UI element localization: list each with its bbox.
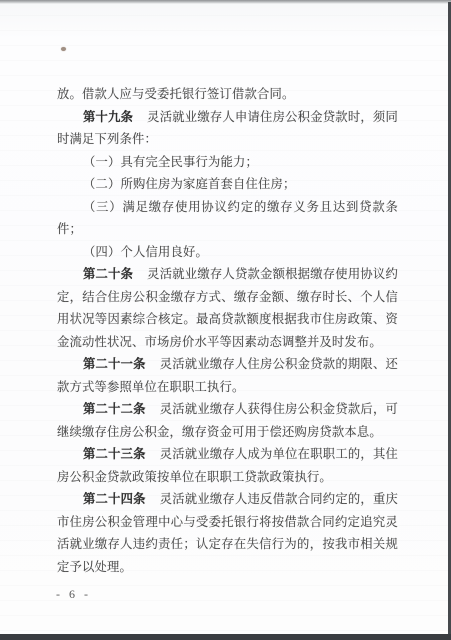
article-22-paragraph: 第二十二条灵活就业缴存人获得住房公积金贷款后，可继续缴存住房公积金，缴存资金可用… — [57, 398, 398, 443]
paragraph-text: （三）满足缴存使用协议约定的缴存义务且达到贷款条件； — [57, 200, 398, 237]
article-19-number: 第十九条 — [83, 110, 133, 124]
condition-item-3: （三）满足缴存使用协议约定的缴存义务且达到贷款条件； — [57, 196, 398, 241]
article-19-paragraph: 第十九条灵活就业缴存人申请住房公积金贷款时，须同时满足下列条件： — [57, 106, 398, 151]
article-24-paragraph: 第二十四条灵活就业缴存人违反借款合同约定的，重庆市住房公积金管理中心与受委托银行… — [57, 488, 398, 578]
article-23-number: 第二十三条 — [83, 447, 146, 461]
article-20-paragraph: 第二十条灵活就业缴存人贷款金额根据缴存使用协议约定，结合住房公积金缴存方式、缴存… — [57, 263, 398, 353]
paragraph-text: （四）个人信用良好。 — [83, 245, 208, 259]
page-number: - 6 - — [56, 587, 91, 602]
paragraph-text: （一）具有完全民事行为能力； — [83, 155, 258, 169]
scanned-document-page: 放。借款人应与受委托银行签订借款合同。 第十九条灵活就业缴存人申请住房公积金贷款… — [0, 0, 451, 640]
paragraph-continuation: 放。借款人应与受委托银行签订借款合同。 — [57, 83, 398, 106]
paragraph-text: 放。借款人应与受委托银行签订借款合同。 — [57, 87, 294, 101]
page-bottom-edge — [0, 634, 451, 640]
scan-speck-artifact — [61, 47, 66, 51]
article-21-number: 第二十一条 — [83, 357, 146, 371]
page-top-edge — [0, 0, 451, 4]
condition-item-1: （一）具有完全民事行为能力； — [57, 151, 398, 174]
article-22-number: 第二十二条 — [83, 402, 146, 416]
condition-item-4: （四）个人信用良好。 — [57, 241, 398, 264]
article-23-paragraph: 第二十三条灵活就业缴存人成为单位在职职工的，其住房公积金贷款政策按单位在职职工贷… — [57, 443, 398, 488]
article-21-paragraph: 第二十一条灵活就业缴存人住房公积金贷款的期限、还款方式等参照单位在职职工执行。 — [57, 353, 398, 398]
article-20-number: 第二十条 — [83, 267, 133, 281]
document-body: 放。借款人应与受委托银行签订借款合同。 第十九条灵活就业缴存人申请住房公积金贷款… — [57, 83, 398, 578]
paragraph-text: （二）所购住房为家庭首套自住住房； — [83, 177, 295, 191]
article-24-number: 第二十四条 — [83, 492, 146, 506]
condition-item-2: （二）所购住房为家庭首套自住住房； — [57, 173, 398, 196]
